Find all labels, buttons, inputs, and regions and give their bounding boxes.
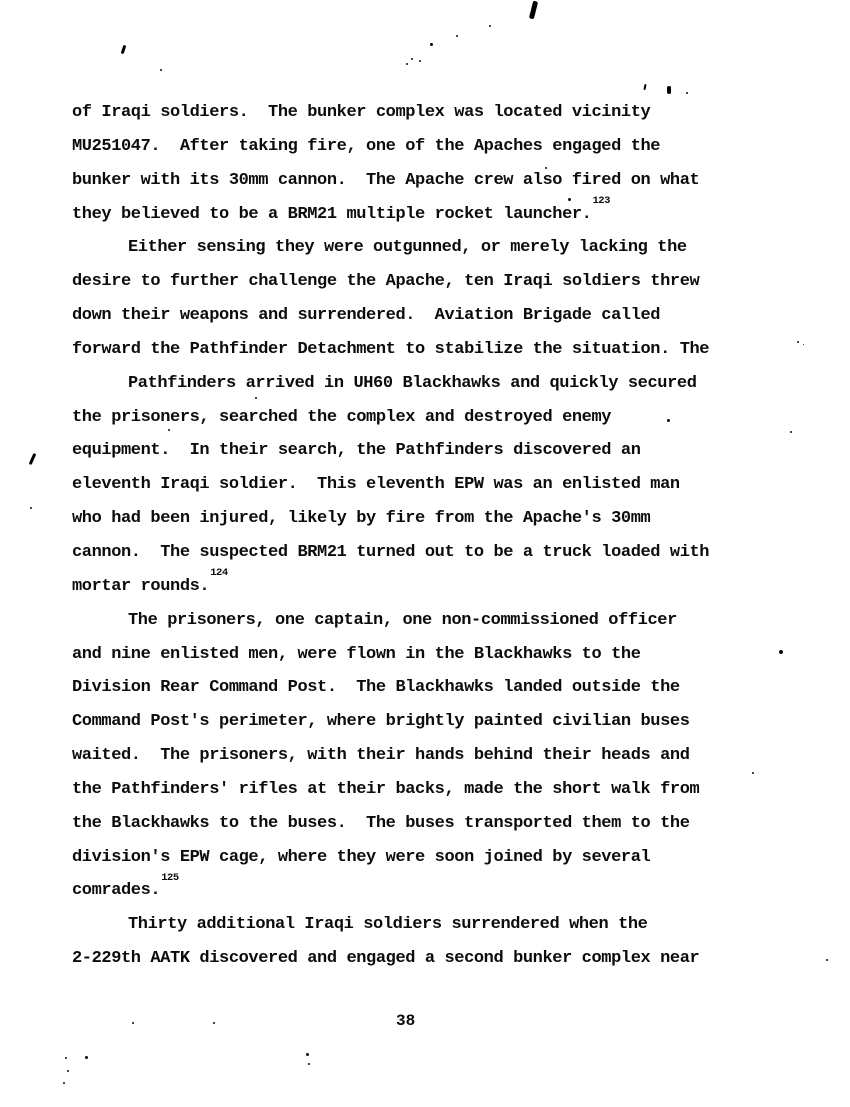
scan-speck: [30, 507, 32, 509]
scan-speck: [63, 1082, 65, 1084]
text-line-content: division's EPW cage, where they were soo…: [72, 848, 650, 867]
scan-speck: [779, 650, 783, 654]
text-line: of Iraqi soldiers. The bunker complex wa…: [72, 96, 772, 130]
text-line: cannon. The suspected BRM21 turned out t…: [72, 536, 772, 570]
paragraph: Thirty additional Iraqi soldiers surrend…: [72, 908, 772, 976]
scan-speck: [406, 63, 408, 65]
text-line: the Blackhawks to the buses. The buses t…: [72, 807, 772, 841]
text-line: and nine enlisted men, were flown in the…: [72, 638, 772, 672]
text-line-content: the prisoners, searched the complex and …: [72, 408, 611, 427]
text-line-content: Either sensing they were outgunned, or m…: [128, 238, 687, 257]
text-line-content: 2-229th AATK discovered and engaged a se…: [72, 949, 699, 968]
scan-speck: [803, 344, 804, 345]
page-number: 38: [396, 1012, 415, 1030]
scan-speck: [213, 1022, 215, 1024]
scanned-document-page: of Iraqi soldiers. The bunker complex wa…: [0, 0, 850, 1107]
text-line: bunker with its 30mm cannon. The Apache …: [72, 164, 772, 198]
text-line: waited. The prisoners, with their hands …: [72, 739, 772, 773]
text-line-content: bunker with its 30mm cannon. The Apache …: [72, 171, 699, 190]
text-line-content: waited. The prisoners, with their hands …: [72, 746, 690, 765]
text-line: the prisoners, searched the complex and …: [72, 401, 772, 435]
scan-speck: [790, 431, 792, 433]
text-line: 2-229th AATK discovered and engaged a se…: [72, 942, 772, 976]
footnote-ref: 123: [593, 195, 610, 207]
scan-speck: [545, 167, 547, 169]
text-line: down their weapons and surrendered. Avia…: [72, 299, 772, 333]
scan-speck: [306, 1053, 309, 1056]
scan-speck: [255, 397, 257, 399]
scan-mark: [643, 84, 646, 90]
paragraph: of Iraqi soldiers. The bunker complex wa…: [72, 96, 772, 231]
scan-speck: [826, 959, 828, 961]
text-line-content: equipment. In their search, the Pathfind…: [72, 441, 641, 460]
text-line: The prisoners, one captain, one non-comm…: [72, 604, 772, 638]
text-line-content: mortar rounds.: [72, 577, 209, 596]
scan-mark: [29, 453, 37, 465]
scan-speck: [686, 92, 688, 94]
text-line-content: the Pathfinders' rifles at their backs, …: [72, 780, 699, 799]
text-line: comrades.125: [72, 874, 772, 908]
text-line-content: Command Post's perimeter, where brightly…: [72, 712, 690, 731]
text-line: Either sensing they were outgunned, or m…: [72, 231, 772, 265]
footnote-ref: 125: [161, 872, 178, 884]
scan-speck: [65, 1057, 67, 1059]
paragraph: Either sensing they were outgunned, or m…: [72, 231, 772, 366]
scan-speck: [667, 419, 670, 422]
scan-speck: [168, 429, 170, 431]
scan-speck: [132, 1022, 134, 1024]
text-line-content: eleventh Iraqi soldier. This eleventh EP…: [72, 475, 680, 494]
scan-speck: [411, 58, 413, 60]
text-line-content: Pathfinders arrived in UH60 Blackhawks a…: [128, 374, 697, 393]
text-line: they believed to be a BRM21 multiple roc…: [72, 198, 772, 232]
text-line-content: of Iraqi soldiers. The bunker complex wa…: [72, 103, 650, 122]
text-line: equipment. In their search, the Pathfind…: [72, 434, 772, 468]
text-line: eleventh Iraqi soldier. This eleventh EP…: [72, 468, 772, 502]
text-line: Command Post's perimeter, where brightly…: [72, 705, 772, 739]
scan-speck: [67, 1070, 69, 1072]
scan-speck: [797, 341, 799, 343]
scan-speck: [419, 60, 421, 62]
scan-speck: [489, 25, 491, 27]
text-line-content: cannon. The suspected BRM21 turned out t…: [72, 543, 709, 562]
text-line: the Pathfinders' rifles at their backs, …: [72, 773, 772, 807]
text-line: division's EPW cage, where they were soo…: [72, 841, 772, 875]
scan-speck: [85, 1056, 88, 1059]
scan-mark: [529, 1, 538, 20]
footnote-ref: 124: [210, 567, 227, 579]
text-line-content: desire to further challenge the Apache, …: [72, 272, 699, 291]
text-line-content: the Blackhawks to the buses. The buses t…: [72, 814, 690, 833]
scan-speck: [456, 35, 458, 37]
text-line-content: down their weapons and surrendered. Avia…: [72, 306, 660, 325]
text-line: Thirty additional Iraqi soldiers surrend…: [72, 908, 772, 942]
text-line-content: and nine enlisted men, were flown in the…: [72, 645, 641, 664]
text-line: who had been injured, likely by fire fro…: [72, 502, 772, 536]
text-line-content: MU251047. After taking fire, one of the …: [72, 137, 660, 156]
text-line-content: comrades.: [72, 881, 160, 900]
paragraph: The prisoners, one captain, one non-comm…: [72, 604, 772, 909]
scan-speck: [430, 43, 433, 46]
scan-speck: [752, 772, 754, 774]
page-body: of Iraqi soldiers. The bunker complex wa…: [72, 96, 772, 976]
text-line-content: who had been injured, likely by fire fro…: [72, 509, 650, 528]
text-line: desire to further challenge the Apache, …: [72, 265, 772, 299]
text-line-content: Thirty additional Iraqi soldiers surrend…: [128, 915, 648, 934]
text-line: Division Rear Command Post. The Blackhaw…: [72, 671, 772, 705]
scan-speck: [160, 69, 162, 71]
text-line-content: they believed to be a BRM21 multiple roc…: [72, 205, 592, 224]
scan-mark: [121, 45, 127, 54]
text-line-content: The prisoners, one captain, one non-comm…: [128, 611, 677, 630]
scan-speck: [568, 198, 571, 201]
text-line: Pathfinders arrived in UH60 Blackhawks a…: [72, 367, 772, 401]
text-line: MU251047. After taking fire, one of the …: [72, 130, 772, 164]
scan-speck: [308, 1063, 310, 1065]
text-line: forward the Pathfinder Detachment to sta…: [72, 333, 772, 367]
scan-mark: [667, 86, 671, 94]
text-line: mortar rounds.124: [72, 570, 772, 604]
text-line-content: forward the Pathfinder Detachment to sta…: [72, 340, 709, 359]
paragraph: Pathfinders arrived in UH60 Blackhawks a…: [72, 367, 772, 604]
text-line-content: Division Rear Command Post. The Blackhaw…: [72, 678, 680, 697]
